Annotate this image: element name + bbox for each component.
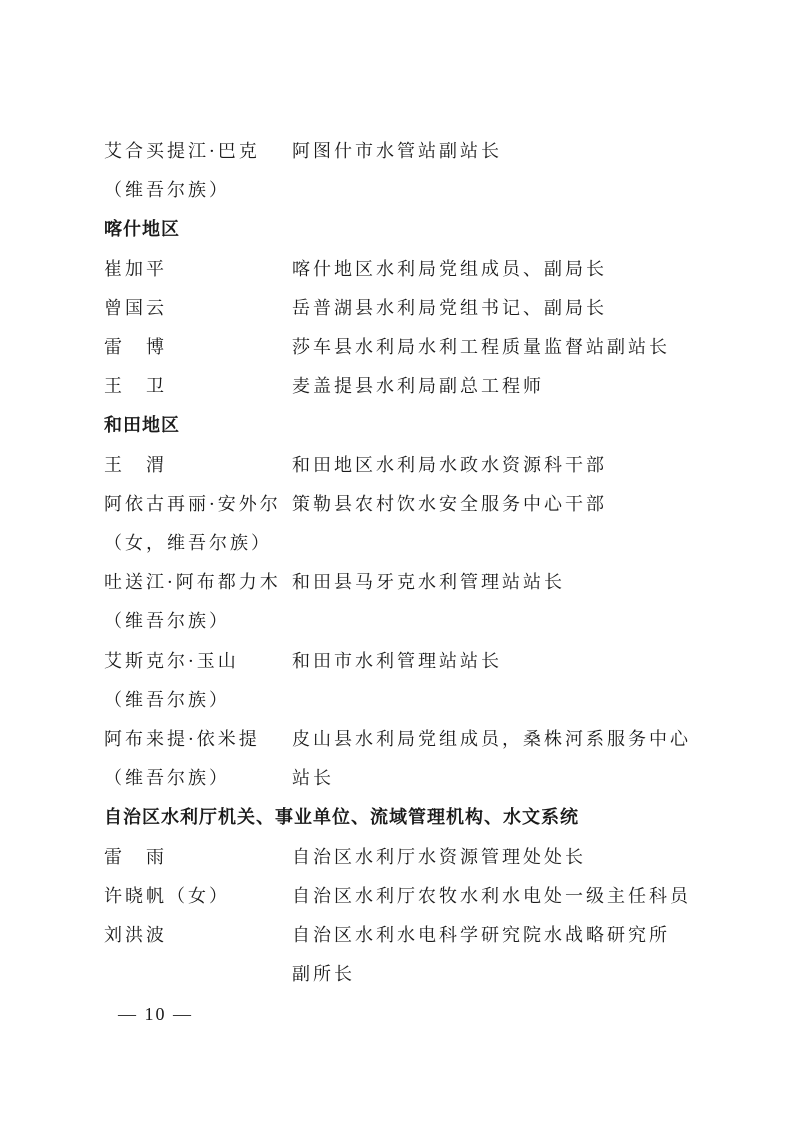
- person-position: 和田市水利管理站站长: [292, 648, 502, 676]
- person-name: （维吾尔族）: [104, 687, 230, 715]
- person-position: 阿图什市水管站副站长: [292, 138, 502, 166]
- person-name: （维吾尔族）: [104, 177, 230, 205]
- person-name: （维吾尔族）: [104, 608, 230, 636]
- person-position: 麦盖提县水利局副总工程师: [292, 373, 544, 401]
- page-number: — 10 —: [118, 1000, 193, 1028]
- person-name: 王 卫: [104, 373, 167, 401]
- person-name: 阿布来提·依米提: [104, 726, 260, 754]
- person-position: 岳普湖县水利局党组书记、副局长: [292, 295, 607, 323]
- person-name: （女，维吾尔族）: [104, 530, 272, 558]
- section-heading: 喀什地区: [104, 216, 180, 244]
- section-heading: 和田地区: [104, 412, 180, 440]
- person-name: 雷 博: [104, 334, 167, 362]
- person-name: 雷 雨: [104, 844, 167, 872]
- person-position: 和田县马牙克水利管理站站长: [292, 569, 565, 597]
- person-name: 崔加平: [104, 256, 167, 284]
- person-name: 吐送江·阿布都力木: [104, 569, 281, 597]
- person-position: 皮山县水利局党组成员，桑株河系服务中心: [292, 726, 691, 754]
- person-name: 艾斯克尔·玉山: [104, 648, 239, 676]
- person-position: 策勒县农村饮水安全服务中心干部: [292, 491, 607, 519]
- person-name: 王 渭: [104, 452, 167, 480]
- person-position: 自治区水利厅农牧水利水电处一级主任科员: [292, 883, 691, 911]
- person-position: 副所长: [292, 961, 355, 989]
- person-position: 自治区水利厅水资源管理处处长: [292, 844, 586, 872]
- person-position: 和田地区水利局水政水资源科干部: [292, 452, 607, 480]
- person-name: 艾合买提江·巴克: [104, 138, 260, 166]
- person-name: （维吾尔族）: [104, 765, 230, 793]
- person-position: 站长: [292, 765, 334, 793]
- person-name: 刘洪波: [104, 922, 167, 950]
- person-name: 曾国云: [104, 295, 167, 323]
- person-position: 莎车县水利局水利工程质量监督站副站长: [292, 334, 670, 362]
- person-name: 阿依古再丽·安外尔: [104, 491, 281, 519]
- person-position: 自治区水利水电科学研究院水战略研究所: [292, 922, 670, 950]
- section-heading: 自治区水利厅机关、事业单位、流域管理机构、水文系统: [104, 804, 579, 832]
- person-position: 喀什地区水利局党组成员、副局长: [292, 256, 607, 284]
- person-name: 许晓帆（女）: [104, 883, 230, 911]
